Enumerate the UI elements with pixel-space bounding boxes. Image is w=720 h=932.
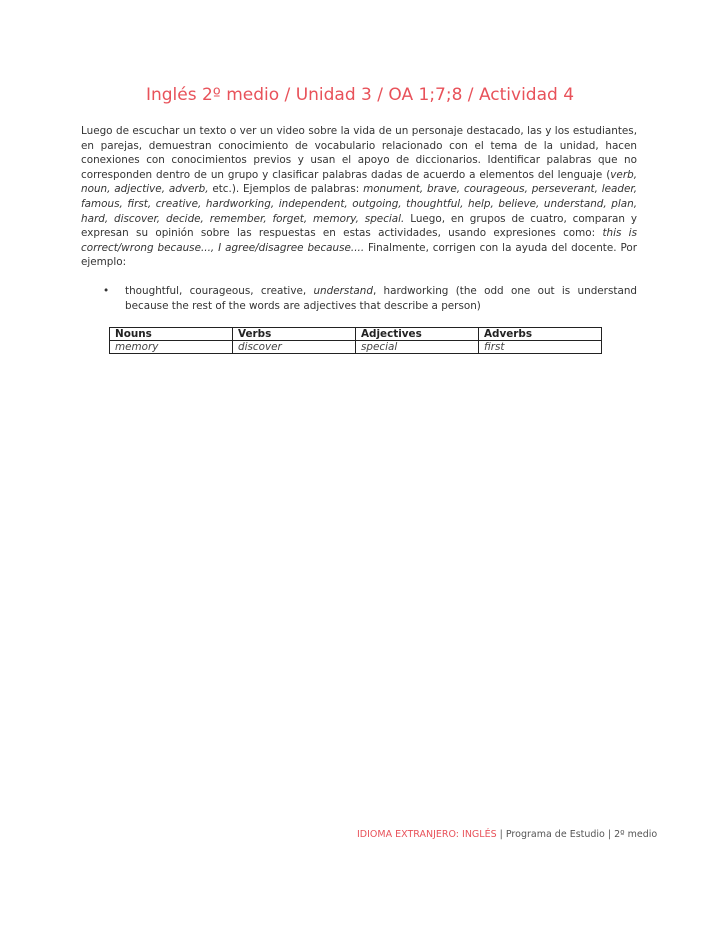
footer-level: 2º medio <box>614 829 657 840</box>
cell-adverb: first <box>479 341 602 354</box>
header-nouns: Nouns <box>110 328 233 341</box>
page-footer: IDIOMA EXTRANJERO: INGLÉS | Programa de … <box>357 829 657 840</box>
bullet-icon: • <box>103 284 109 299</box>
page-title: Inglés 2º medio / Unidad 3 / OA 1;7;8 / … <box>0 85 720 105</box>
text-run: Luego de escuchar un texto o ver un vide… <box>81 125 637 181</box>
table-row: memory discover special first <box>110 341 602 354</box>
header-adverbs: Adverbs <box>479 328 602 341</box>
footer-separator: | <box>497 829 506 840</box>
cell-adjective: special <box>356 341 479 354</box>
footer-program: Programa de Estudio <box>506 829 605 840</box>
cell-noun: memory <box>110 341 233 354</box>
italic-text: understand <box>313 285 372 297</box>
example-list: • thoughtful, courageous, creative, unde… <box>100 284 637 313</box>
footer-separator: | <box>605 829 614 840</box>
example-item: • thoughtful, courageous, creative, unde… <box>100 284 637 313</box>
word-classification-table: Nouns Verbs Adjectives Adverbs memory di… <box>109 327 602 354</box>
text-run: thoughtful, courageous, creative, <box>125 285 313 297</box>
cell-verb: discover <box>233 341 356 354</box>
example-text: thoughtful, courageous, creative, unders… <box>125 285 637 312</box>
text-run: etc.). Ejemplos de palabras: <box>209 183 364 195</box>
header-adjectives: Adjectives <box>356 328 479 341</box>
footer-subject: IDIOMA EXTRANJERO: INGLÉS <box>357 829 497 840</box>
table-header-row: Nouns Verbs Adjectives Adverbs <box>110 328 602 341</box>
activity-description: Luego de escuchar un texto o ver un vide… <box>81 124 637 270</box>
header-verbs: Verbs <box>233 328 356 341</box>
